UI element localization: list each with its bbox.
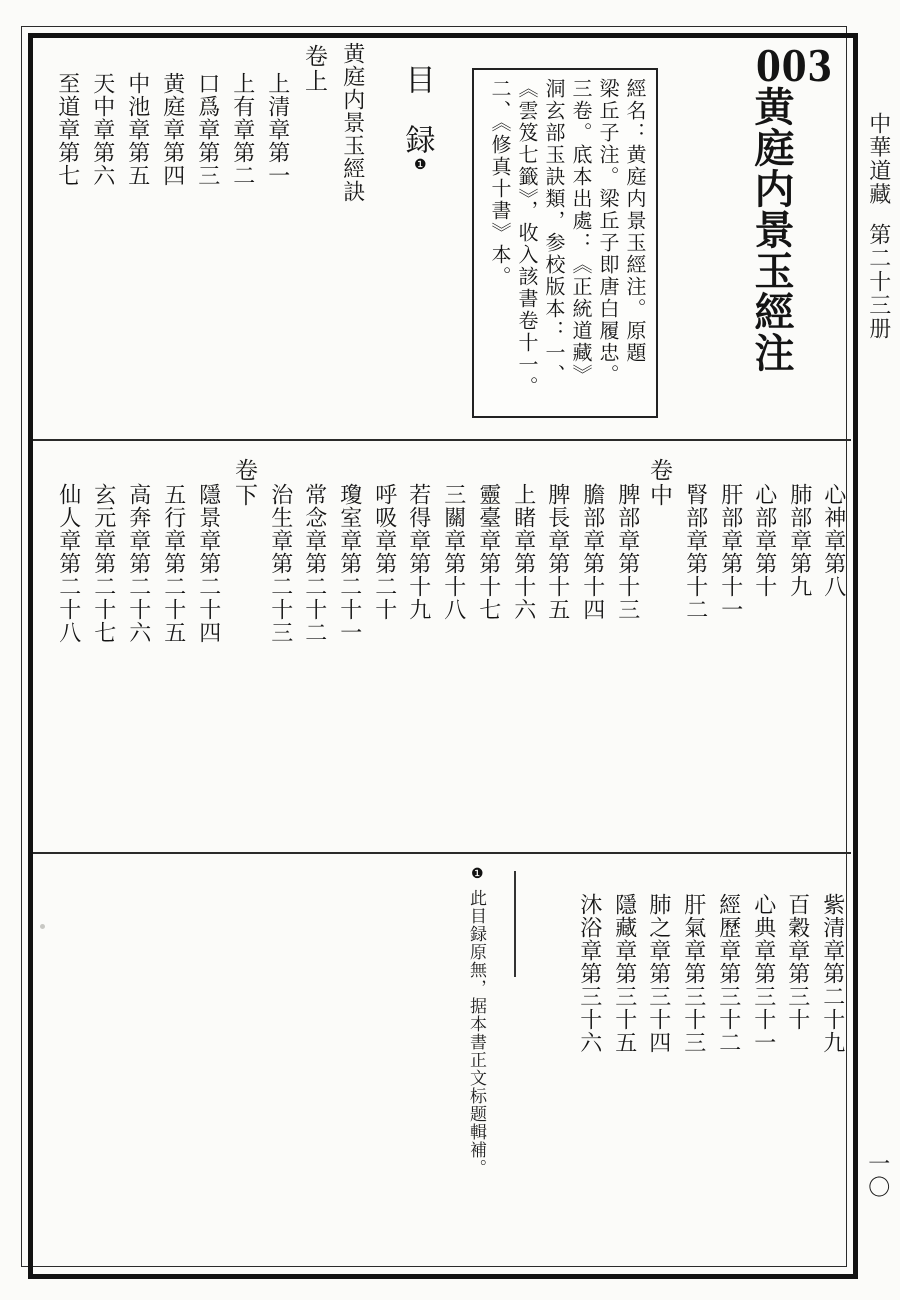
footnote-divider: [514, 871, 516, 977]
colophon-line: 梁丘子注。梁丘子即唐白履忠。: [594, 78, 621, 408]
colophon-line: 三卷。底本出處：《正統道藏》: [567, 78, 594, 408]
volume-upper-heading: 卷上: [298, 44, 329, 94]
chapter-entry-14: 膽部章第十四: [577, 483, 607, 621]
margin-collection-title: 中華道藏: [863, 112, 893, 206]
chapter-entry-24: 隱景章第二十四: [193, 483, 223, 644]
chapter-entry-16: 上睹章第十六: [508, 483, 538, 621]
colophon-line: 經名：黄庭内景玉經注。原題: [621, 78, 648, 408]
chapter-entry-6: 天中章第六: [87, 72, 117, 187]
footnote-text: 此目録原無，据本書正文标题輯補。: [464, 889, 487, 1177]
chapter-entry-27: 玄元章第二十七: [88, 483, 118, 644]
chapter-entry-23: 治生章第二十三: [265, 483, 295, 644]
volume-lower-heading: 卷下: [228, 458, 259, 508]
margin-volume-number: 第二十三册: [863, 223, 893, 341]
chapter-entry-35: 隱藏章第三十五: [609, 893, 639, 1054]
colophon-text: 經名：黄庭内景玉經注。原題 梁丘子注。梁丘子即唐白履忠。 三卷。底本出處：《正統…: [482, 78, 648, 408]
toc-footnote-marker: ❶: [414, 157, 427, 173]
chapter-entry-32: 經歷章第三十二: [713, 893, 743, 1054]
colophon-line: 二、《修真十書》本。: [486, 78, 513, 408]
chapter-entry-1: 上清章第一: [262, 72, 292, 187]
chapter-entry-30: 百穀章第三十: [782, 893, 812, 1031]
page-frame-thick-rule: [28, 33, 858, 1279]
page-number: 一〇: [862, 1152, 892, 1199]
volume-middle-heading: 卷中: [643, 458, 674, 508]
chapter-entry-22: 常念章第二十二: [299, 483, 329, 644]
chapter-entry-2: 上有章第二: [227, 72, 257, 187]
scanned-page: 中華道藏 第二十三册 一〇 003 黄庭内景玉經注 經名：黄庭内景玉經注。原題 …: [0, 0, 900, 1300]
chapter-entry-13: 脾部章第十三: [612, 483, 642, 621]
chapter-entry-11: 肝部章第十一: [715, 483, 745, 621]
chapter-entry-9: 肺部章第九: [784, 483, 814, 598]
footnote-marker: ❶: [471, 866, 484, 882]
colophon-box: 經名：黄庭内景玉經注。原題 梁丘子注。梁丘子即唐白履忠。 三卷。底本出處：《正統…: [472, 68, 658, 418]
chapter-entry-28: 仙人章第二十八: [53, 483, 83, 644]
chapter-entry-17: 靈臺章第十七: [473, 483, 503, 621]
chapter-entry-10: 心部章第十: [749, 483, 779, 598]
chapter-entry-26: 高奔章第二十六: [123, 483, 153, 644]
chapter-entry-20: 呼吸章第二十: [369, 483, 399, 621]
chapter-entry-29: 紫清章第二十九: [817, 893, 847, 1054]
chapter-entry-7: 至道章第七: [52, 72, 82, 187]
chapter-entry-5: 中池章第五: [122, 72, 152, 187]
chapter-entry-18: 三關章第十八: [438, 483, 468, 621]
colophon-line: 《雲笈七籤》，收入該書卷十一。: [513, 78, 540, 408]
page-title: 黄庭内景玉經注: [749, 86, 793, 373]
chapter-entry-25: 五行章第二十五: [158, 483, 188, 644]
chapter-entry-19: 若得章第十九: [403, 483, 433, 621]
chapter-entry-21: 瓊室章第二十一: [334, 483, 364, 644]
chapter-entry-4: 黄庭章第四: [157, 72, 187, 187]
chapter-entry-3: 口爲章第三: [192, 72, 222, 187]
chapter-entry-36: 沐浴章第三十六: [574, 893, 604, 1054]
chapter-entry-31: 心典章第三十一: [748, 893, 778, 1054]
toc-heading-bottom-char: 録: [396, 124, 437, 156]
scan-speck: [40, 924, 45, 929]
chapter-entry-33: 肝氣章第三十三: [678, 893, 708, 1054]
section-divider-bottom: [33, 852, 851, 854]
toc-subtitle: 黄庭内景玉經訣: [337, 42, 367, 203]
colophon-line: 洞玄部玉訣類，参校版本：一、: [540, 78, 567, 408]
catalog-number: 003: [756, 42, 833, 91]
section-divider-top: [33, 439, 851, 441]
chapter-entry-34: 肺之章第三十四: [643, 893, 673, 1054]
toc-heading-top-char: 目: [396, 64, 437, 96]
chapter-entry-12: 腎部章第十二: [680, 483, 710, 621]
chapter-entry-8: 心神章第八: [818, 483, 848, 598]
chapter-entry-15: 脾長章第十五: [542, 483, 572, 621]
